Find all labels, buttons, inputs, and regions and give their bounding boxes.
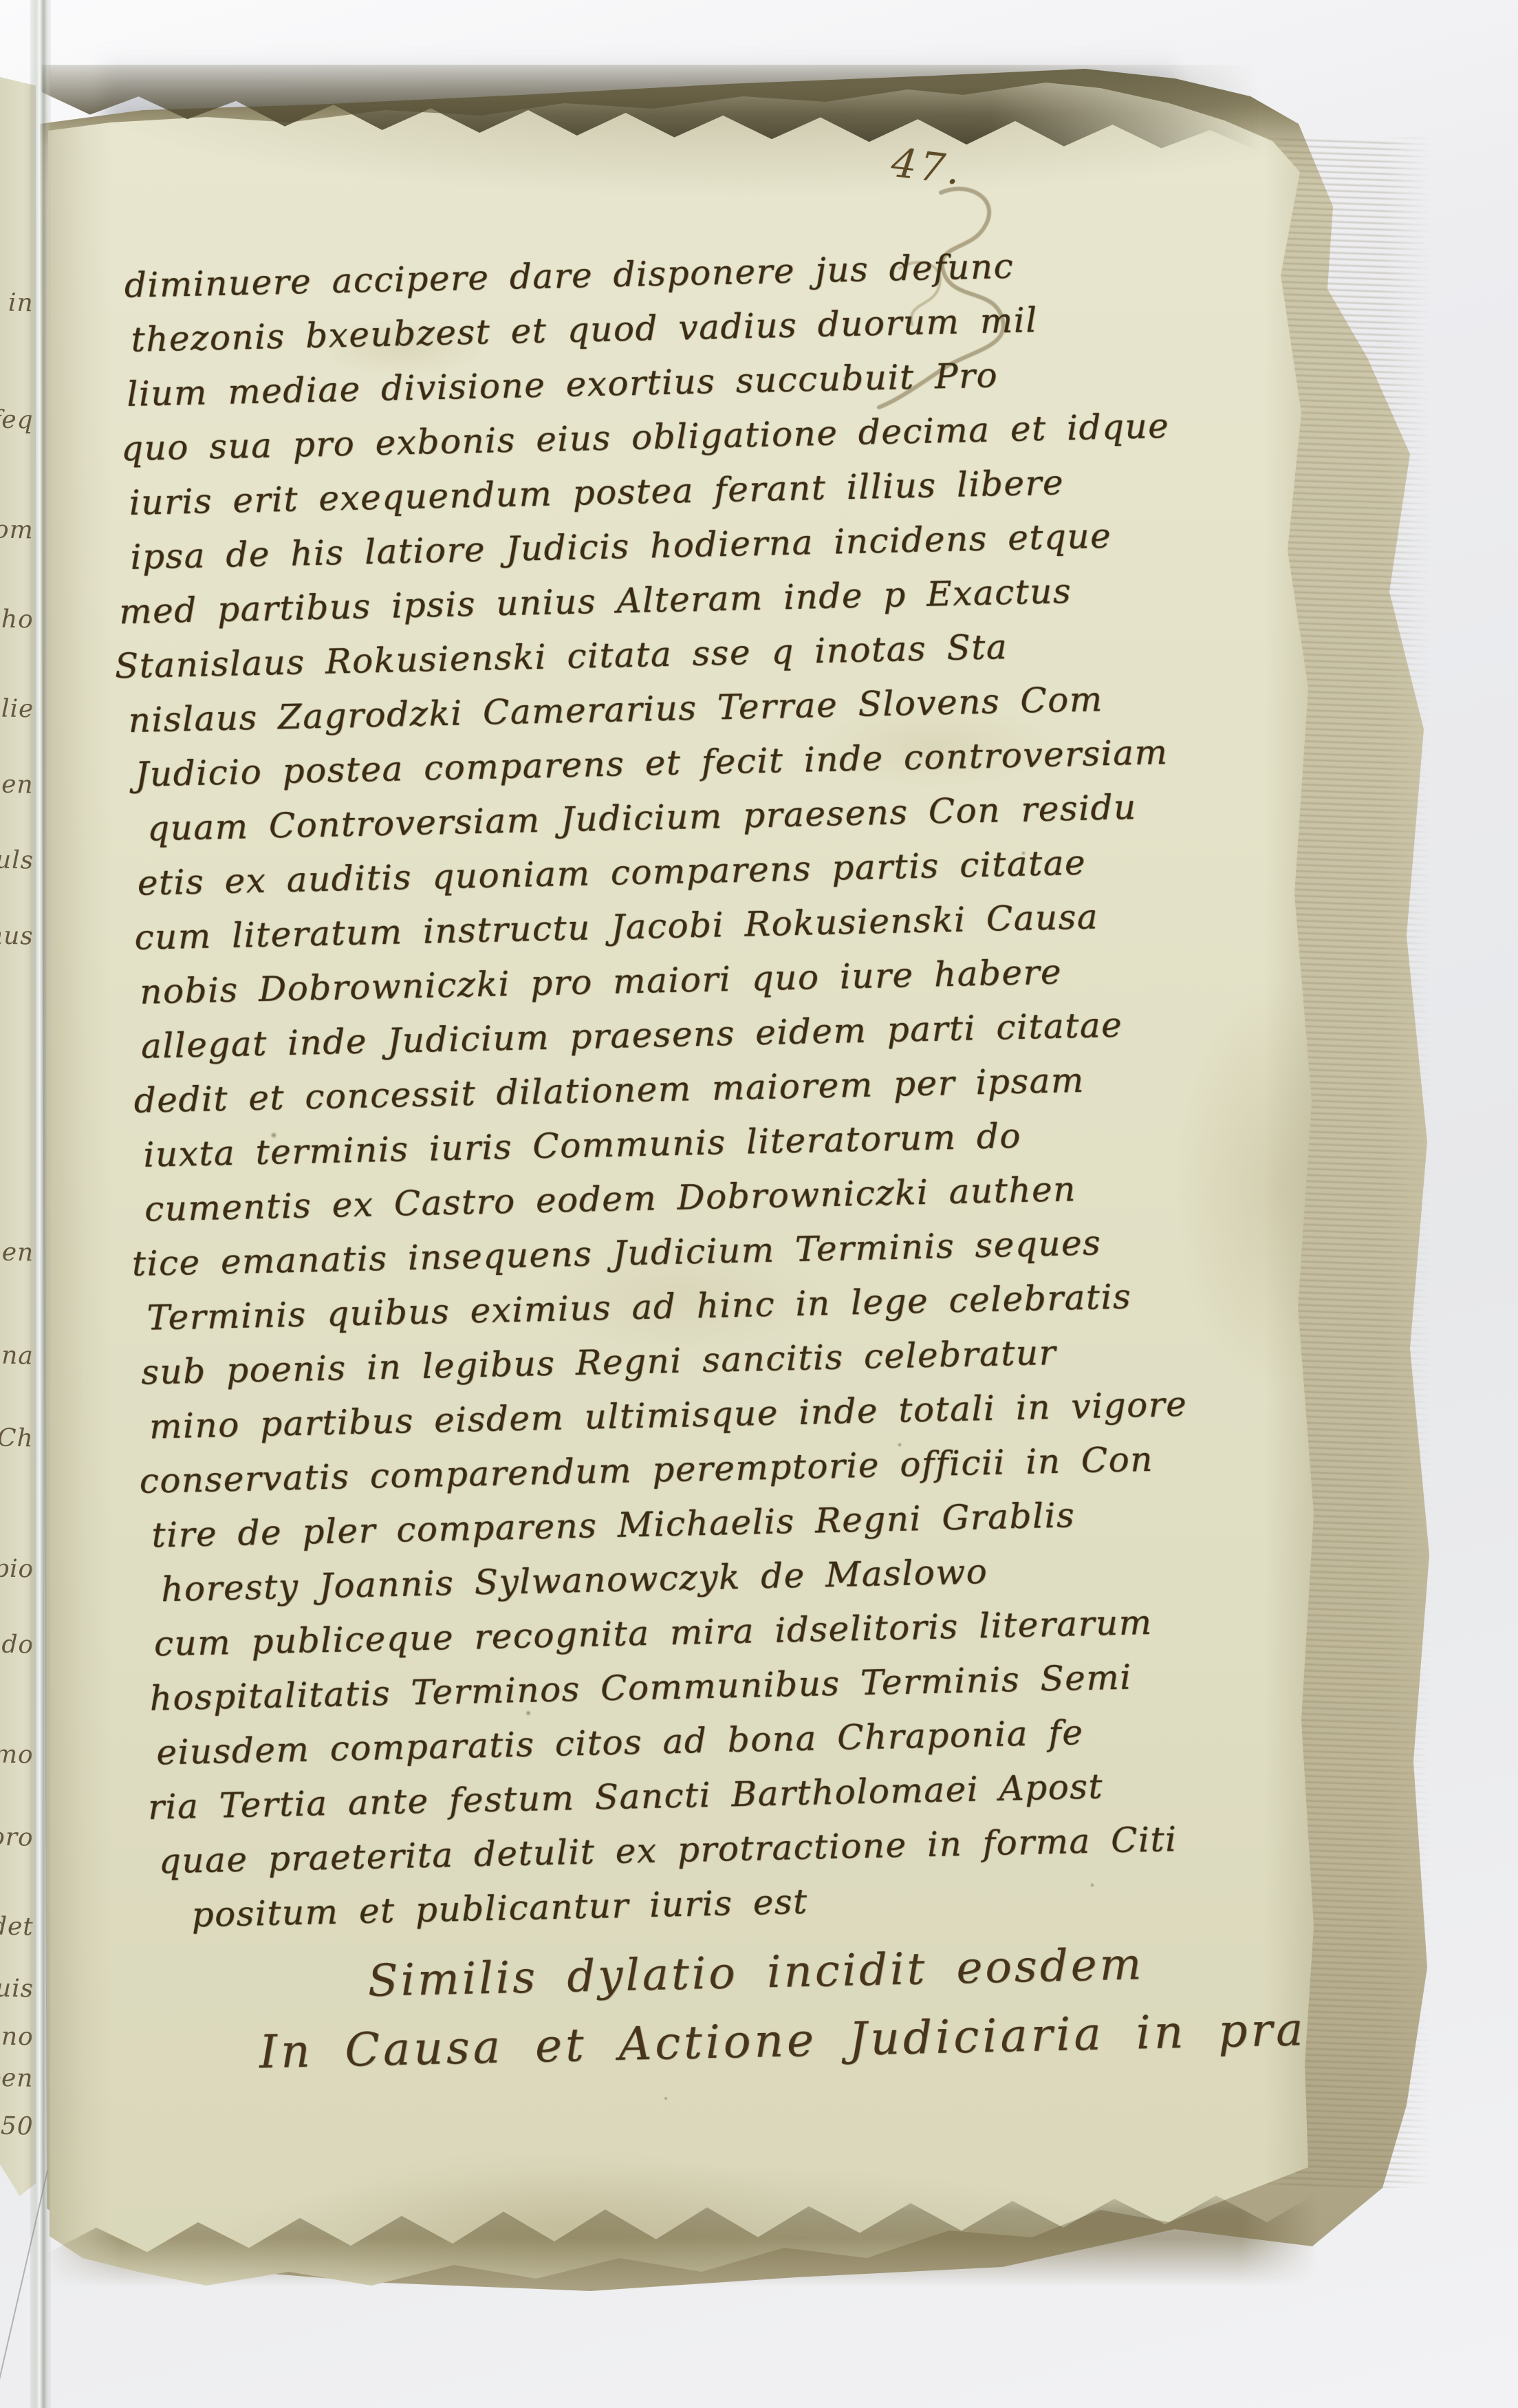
margin-fragment: det <box>0 1912 34 1941</box>
margin-fragment: om <box>0 515 34 544</box>
margin-fragment: no <box>1 2023 34 2052</box>
margin-fragment: lipen <box>0 2063 34 2093</box>
margin-fragment: feq <box>0 405 34 434</box>
margin-fragment: lie <box>1 695 34 724</box>
margin-fragment: nus <box>0 921 34 950</box>
margin-fragment: horo <box>0 1823 34 1852</box>
margin-fragment: nen <box>0 770 34 799</box>
margin-fragment: uis <box>0 1975 34 2003</box>
margin-fragment: ado <box>0 1630 34 1659</box>
margin-fragment: ho <box>1 605 34 634</box>
closing-section: Similis dylatio incidit eosdem In Causa … <box>161 1928 1305 2090</box>
handwritten-text: diminuere accipere dare disponere jus de… <box>124 234 1305 2091</box>
margin-fragment: uls <box>0 846 34 875</box>
manuscript-scan: in feq om ho lie nen uls nus ken una Ch … <box>0 0 1518 2408</box>
manuscript-page: 47. diminuere accipere dare disponere ju… <box>47 83 1316 2291</box>
margin-fragment: 150 <box>0 2111 34 2140</box>
margin-fragment: mo <box>0 1740 34 1769</box>
margin-fragment: Ch <box>0 1424 34 1453</box>
margin-fragment: ken <box>0 1238 34 1267</box>
page-number: 47. <box>889 139 966 194</box>
glass-plate-edge <box>30 0 51 2408</box>
margin-fragment: pio <box>0 1554 34 1583</box>
margin-fragment: una <box>0 1341 34 1370</box>
